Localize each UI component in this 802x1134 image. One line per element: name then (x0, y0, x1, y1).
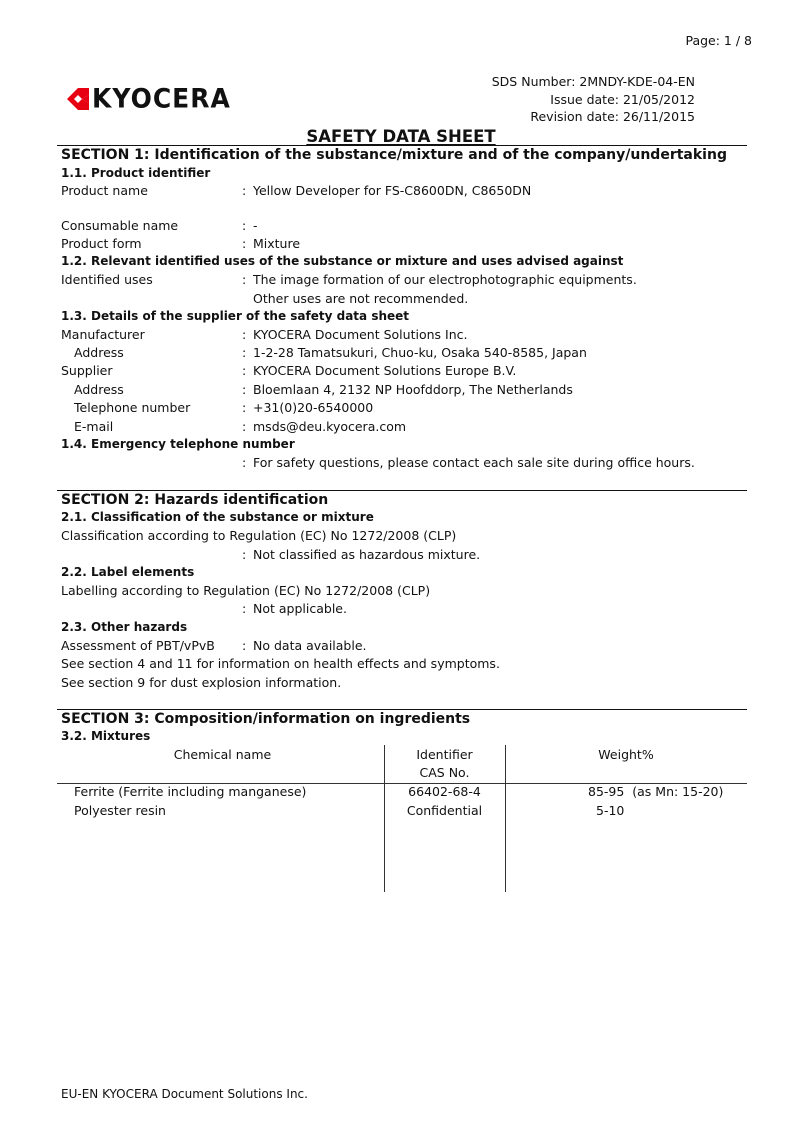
colon: : (242, 345, 246, 360)
product-name-value: Yellow Developer for FS-C8600DN, C8650DN (253, 183, 531, 198)
cas-cell: 66402-68-4 (384, 784, 505, 799)
product-form-value: Mixture (253, 236, 300, 251)
classification-text: Classification according to Regulation (… (61, 528, 456, 543)
colon: : (242, 419, 246, 434)
colon: : (242, 272, 246, 287)
section-2-rule (57, 490, 747, 491)
supplier-address-value: Bloemlaan 4, 2132 NP Hoofddorp, The Neth… (253, 382, 573, 397)
dust-explosion-note: See section 9 for dust explosion informa… (61, 675, 341, 690)
email-label: E-mail (74, 419, 113, 434)
subsection-1-3: 1.3. Details of the supplier of the safe… (61, 309, 409, 323)
weight-cell: 85-95 (as Mn: 15-20) (588, 784, 723, 799)
section-3-rule (57, 709, 747, 710)
labelling-text: Labelling according to Regulation (EC) N… (61, 583, 430, 598)
colon: : (242, 547, 246, 562)
kyocera-logo: KYOCERA (67, 84, 231, 113)
consumable-name-label: Consumable name (61, 218, 178, 233)
supplier-address-label: Address (74, 382, 124, 397)
colon: : (242, 236, 246, 251)
weight-cell: 5-10 (596, 803, 624, 818)
issue-date: Issue date: 21/05/2012 (550, 92, 695, 107)
page-number: Page: 1 / 8 (685, 33, 752, 48)
kyocera-logo-icon (67, 88, 89, 110)
telephone-label: Telephone number (74, 400, 190, 415)
colon: : (242, 400, 246, 415)
subsection-2-2: 2.2. Label elements (61, 565, 194, 579)
identified-uses-label: Identified uses (61, 272, 153, 287)
section-1-heading: SECTION 1: Identification of the substan… (61, 147, 727, 163)
section-3-heading: SECTION 3: Composition/information on in… (61, 711, 470, 727)
sds-number: SDS Number: 2MNDY-KDE-04-EN (492, 74, 695, 89)
column-header-chemical-name: Chemical name (61, 747, 384, 762)
subsection-3-2: 3.2. Mixtures (61, 729, 150, 743)
telephone-value: +31(0)20-6540000 (253, 400, 373, 415)
pbt-label: Assessment of PBT/vPvB (61, 638, 215, 653)
identified-uses-value: The image formation of our electrophotog… (253, 272, 637, 287)
manufacturer-value: KYOCERA Document Solutions Inc. (253, 327, 467, 342)
supplier-value: KYOCERA Document Solutions Europe B.V. (253, 363, 516, 378)
colon: : (242, 638, 246, 653)
colon: : (242, 183, 246, 198)
subsection-2-1: 2.1. Classification of the substance or … (61, 510, 374, 524)
product-form-label: Product form (61, 236, 142, 251)
chemical-name-cell: Ferrite (Ferrite including manganese) (74, 784, 306, 799)
chemical-name-cell: Polyester resin (74, 803, 166, 818)
logo-wordmark: KYOCERA (92, 83, 231, 113)
consumable-name-value: - (253, 218, 258, 233)
email-value[interactable]: msds@deu.kyocera.com (253, 419, 406, 434)
subsection-1-4: 1.4. Emergency telephone number (61, 437, 295, 451)
pbt-value: No data available. (253, 638, 367, 653)
cas-cell: Confidential (384, 803, 505, 818)
subsection-1-1: 1.1. Product identifier (61, 166, 210, 180)
supplier-label: Supplier (61, 363, 113, 378)
column-header-identifier: Identifier (384, 747, 505, 762)
colon: : (242, 363, 246, 378)
manufacturer-address-label: Address (74, 345, 124, 360)
colon: : (242, 601, 246, 616)
labelling-value: Not applicable. (253, 601, 347, 616)
colon: : (242, 218, 246, 233)
subsection-1-2: 1.2. Relevant identified uses of the sub… (61, 254, 623, 268)
manufacturer-address-value: 1-2-28 Tamatsukuri, Chuo-ku, Osaka 540-8… (253, 345, 587, 360)
column-header-weight: Weight% (505, 747, 747, 762)
identified-uses-note: Other uses are not recommended. (253, 291, 468, 306)
document-title: SAFETY DATA SHEET (0, 127, 802, 146)
colon: : (242, 382, 246, 397)
footer-text: EU-EN KYOCERA Document Solutions Inc. (61, 1087, 308, 1101)
column-header-cas: CAS No. (384, 765, 505, 780)
manufacturer-label: Manufacturer (61, 327, 145, 342)
product-name-label: Product name (61, 183, 148, 198)
colon: : (242, 455, 246, 470)
section-2-heading: SECTION 2: Hazards identification (61, 492, 328, 508)
emergency-value: For safety questions, please contact eac… (253, 455, 695, 470)
title-rule (57, 145, 747, 146)
subsection-2-3: 2.3. Other hazards (61, 620, 187, 634)
table-divider (505, 745, 506, 892)
classification-value: Not classified as hazardous mixture. (253, 547, 480, 562)
revision-date: Revision date: 26/11/2015 (530, 109, 695, 124)
health-effects-note: See section 4 and 11 for information on … (61, 656, 500, 671)
colon: : (242, 327, 246, 342)
